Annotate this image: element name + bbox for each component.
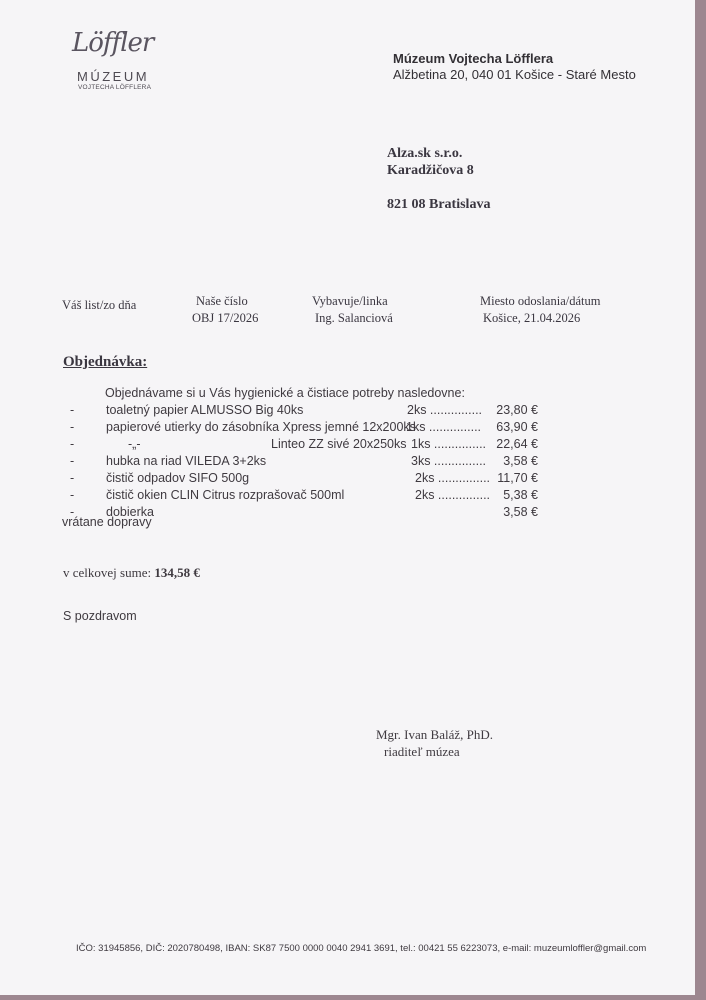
signatory-name: Mgr. Ivan Baláž, PhD. — [376, 727, 493, 743]
sender-address: Alžbetina 20, 040 01 Košice - Staré Mest… — [393, 67, 636, 82]
item-price: 3,58 € — [468, 454, 538, 468]
place-date-label: Miesto odoslania/dátum — [480, 294, 600, 309]
order-heading: Objednávka: — [63, 354, 147, 371]
item-price: 3,58 € — [468, 505, 538, 519]
item-bullet: - — [70, 471, 74, 485]
shipping-note: vrátane dopravy — [62, 515, 152, 529]
item-description-ditto: -„- — [128, 437, 141, 451]
sender-name: Múzeum Vojtecha Löfflera — [393, 51, 553, 66]
item-price: 23,80 € — [468, 403, 538, 417]
recipient-city: 821 08 Bratislava — [387, 197, 490, 213]
letter-page: Löffler MÚZEUM VOJTECHA LÖFFLERA Múzeum … — [0, 0, 695, 995]
item-description: čistič okien CLIN Citrus rozprašovač 500… — [106, 488, 344, 502]
item-price: 11,70 € — [468, 471, 538, 485]
place-date-value: Košice, 21.04.2026 — [483, 311, 580, 326]
item-description: toaletný papier ALMUSSO Big 40ks — [106, 403, 303, 417]
handled-by-value: Ing. Salanciová — [315, 311, 393, 326]
item-description: čistič odpadov SIFO 500g — [106, 471, 249, 485]
item-bullet: - — [70, 420, 74, 434]
item-price: 63,90 € — [468, 420, 538, 434]
logo-title: MÚZEUM — [77, 69, 149, 84]
signatory-position: riaditeľ múzea — [384, 744, 460, 760]
our-number-value: OBJ 17/2026 — [192, 311, 258, 326]
greeting: S pozdravom — [63, 609, 137, 623]
item-price: 22,64 € — [468, 437, 538, 451]
item-description: hubka na riad VILEDA 3+2ks — [106, 454, 266, 468]
item-bullet: - — [70, 488, 74, 502]
our-number-label: Naše číslo — [196, 294, 248, 309]
recipient-company: Alza.sk s.r.o. — [387, 146, 462, 162]
your-letter-label: Váš list/zo dňa — [62, 298, 136, 313]
order-intro: Objednávame si u Vás hygienické a čistia… — [105, 386, 465, 400]
item-bullet: - — [70, 454, 74, 468]
total-value: 134,58 € — [154, 565, 200, 580]
item-bullet: - — [70, 403, 74, 417]
order-total: v celkovej sume: 134,58 € — [63, 565, 200, 581]
logo-signature: Löffler — [72, 28, 153, 58]
item-description: Linteo ZZ sivé 20x250ks — [271, 437, 407, 451]
total-label: v celkovej sume: — [63, 565, 151, 580]
item-description: papierové utierky do zásobníka Xpress je… — [106, 420, 416, 434]
recipient-street: Karadžičova 8 — [387, 163, 474, 179]
footer-company-info: IČO: 31945856, DIČ: 2020780498, IBAN: SK… — [76, 943, 646, 954]
item-price: 5,38 € — [468, 488, 538, 502]
handled-by-label: Vybavuje/linka — [312, 294, 388, 309]
logo-subtitle: VOJTECHA LÖFFLERA — [78, 84, 151, 91]
item-bullet: - — [70, 437, 74, 451]
